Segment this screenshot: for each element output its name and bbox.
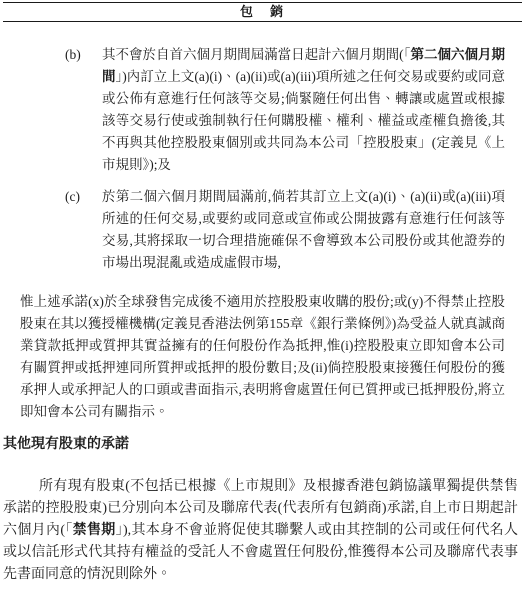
section-heading-other-holders: 其他現有股東的承諾	[3, 434, 518, 456]
other-holders-paragraph: 所有現有股東(不包括已根據《上市規則》及根據香港包銷協議單獨提供禁售承諾的控股股…	[3, 476, 518, 586]
page-header: 包 銷	[3, 2, 522, 22]
clause-c: (c) 於第二個六個月期間屆滿前,倘若其訂立上文(a)(i)、(a)(ii)或(…	[65, 186, 505, 274]
clause-b-marker: (b)	[65, 44, 102, 176]
clause-c-text: 於第二個六個月期間屆滿前,倘若其訂立上文(a)(i)、(a)(ii)或(a)(i…	[102, 186, 505, 274]
clause-c-marker: (c)	[65, 186, 102, 274]
document-page: 包 銷 (b) 其不會於自首六個月期間屆滿當日起計六個月期間(「第二個六個月期間…	[0, 2, 525, 589]
clause-b-text: 其不會於自首六個月期間屆滿當日起計六個月期間(「第二個六個月期間」)內訂立上文(…	[102, 44, 505, 176]
proviso-paragraph: 惟上述承諾(x)於全球發售完成後不適用於控股股東收購的股份;或(y)不得禁止控股…	[20, 291, 505, 423]
page-title: 包 銷	[240, 4, 285, 19]
clause-b: (b) 其不會於自首六個月期間屆滿當日起計六個月期間(「第二個六個月期間」)內訂…	[65, 44, 505, 176]
